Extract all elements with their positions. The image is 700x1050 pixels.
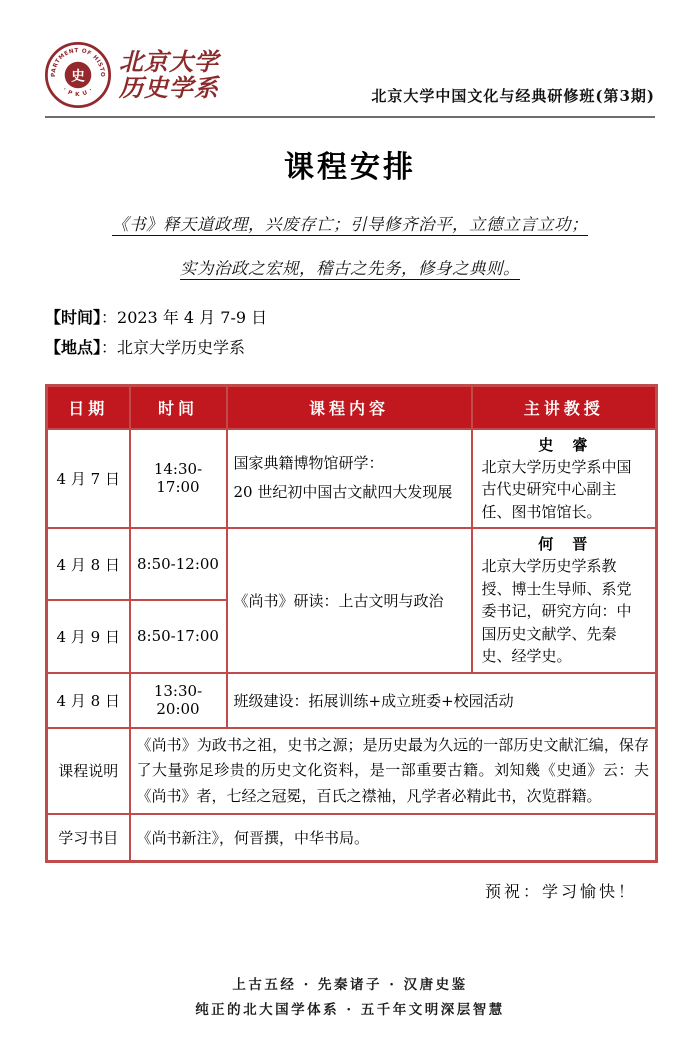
col-header-date: 日期 [47, 386, 130, 429]
letterhead: 史 DEPARTMENT OF HISTORY · P K U · 北京大学 历… [45, 42, 655, 118]
col-header-content: 课程内容 [227, 386, 472, 429]
course-schedule-document: { "colors": { "header_red": "#c0181e", "… [0, 0, 700, 1050]
row3-time: 8:50-17:00 [130, 600, 227, 672]
table-row: 4 月 8 日 13:30-20:00 班级建设：拓展训练+成立班委+校园活动 [47, 673, 657, 728]
table-row: 课程说明 《尚书》为政书之祖，史书之源；是历史最为久远的一部历史文献汇编，保存了… [47, 728, 657, 815]
row1-time: 14:30-17:00 [130, 429, 227, 529]
table-row: 学习书目 《尚书新注》，何晋撰，中华书局。 [47, 814, 657, 861]
program-title: 北京大学中国文化与经典研修班(第3期) [371, 85, 655, 108]
row1-content: 国家典籍博物馆研学： 20 世纪初中国古文献四大发现展 [227, 429, 472, 529]
meta-place-label: 【地点】 [45, 338, 101, 357]
row2-date: 4 月 8 日 [47, 528, 130, 600]
row6-label: 学习书目 [47, 814, 130, 861]
table-row: 4 月 7 日 14:30-17:00 国家典籍博物馆研学： 20 世纪初中国古… [47, 429, 657, 529]
document-title: 课程安排 [45, 142, 655, 186]
col-header-time: 时间 [130, 386, 227, 429]
row1-content-line2: 20 世纪初中国古文献四大发现展 [234, 478, 465, 507]
meta-place-value: ：北京大学历史学系 [101, 338, 245, 357]
meta-time: 【时间】：2023 年 4 月 7-9 日 [45, 303, 655, 333]
course-description: 《尚书》为政书之祖，史书之源；是历史最为久远的一部历史文献汇编，保存了大量弥足珍… [130, 728, 657, 815]
row5-label: 课程说明 [47, 728, 130, 815]
row4-content: 班级建设：拓展训练+成立班委+校园活动 [227, 673, 657, 728]
meta-info: 【时间】：2023 年 4 月 7-9 日 【地点】：北京大学历史学系 [45, 303, 655, 363]
col-header-professor: 主讲教授 [472, 386, 657, 429]
svg-text:· P K U ·: · P K U · [61, 87, 94, 98]
pku-history-seal-icon: 史 DEPARTMENT OF HISTORY · P K U · [45, 42, 111, 108]
department-name-line2: 历史学系 [119, 75, 219, 101]
row1-content-line1: 国家典籍博物馆研学： [234, 449, 465, 478]
quote-line-2: 实为治政之宏规，稽古之先务，修身之典则。 [45, 255, 655, 279]
row4-date: 4 月 8 日 [47, 673, 130, 728]
row1-date: 4 月 7 日 [47, 429, 130, 529]
department-name: 北京大学 历史学系 [119, 49, 219, 101]
row2-time: 8:50-12:00 [130, 528, 227, 600]
row4-time: 13:30-20:00 [130, 673, 227, 728]
page: 史 DEPARTMENT OF HISTORY · P K U · 北京大学 历… [0, 0, 700, 902]
reading-list: 《尚书新注》，何晋撰，中华书局。 [130, 814, 657, 861]
closing-wish: 预祝：学习愉快！ [45, 879, 655, 902]
quote-line-1: 《书》释天道政理，兴废存亡；引导修齐治平，立德立言立功； [45, 211, 655, 235]
row2-content: 《尚书》研读：上古文明与政治 [227, 528, 472, 673]
footer-slogan-line2: 纯正的北大国学体系 · 五千年文明深层智慧 [0, 998, 700, 1024]
meta-time-label: 【时间】 [45, 308, 101, 327]
schedule-table: 日期 时间 课程内容 主讲教授 4 月 7 日 14:30-17:00 国家典籍… [45, 384, 658, 863]
professor-name: 何 晋 [479, 533, 650, 554]
table-row: 4 月 8 日 8:50-12:00 《尚书》研读：上古文明与政治 何 晋 北京… [47, 528, 657, 600]
department-name-line1: 北京大学 [119, 49, 219, 75]
professor-name: 史 睿 [479, 434, 650, 455]
meta-time-value: ：2023 年 4 月 7-9 日 [101, 308, 267, 327]
department-brand: 史 DEPARTMENT OF HISTORY · P K U · 北京大学 历… [45, 42, 219, 108]
page-footer: 上古五经 · 先秦诸子 · 汉唐史鉴 纯正的北大国学体系 · 五千年文明深层智慧 [0, 973, 700, 1024]
meta-place: 【地点】：北京大学历史学系 [45, 333, 655, 363]
footer-slogan-line1: 上古五经 · 先秦诸子 · 汉唐史鉴 [0, 973, 700, 999]
row1-professor: 史 睿 北京大学历史学系中国古代史研究中心副主任、图书馆馆长。 [472, 429, 657, 529]
row3-date: 4 月 9 日 [47, 600, 130, 672]
row2-professor: 何 晋 北京大学历史学系教授、博士生导师、系党委书记，研究方向：中国历史文献学、… [472, 528, 657, 673]
professor-bio: 北京大学历史学系教授、博士生导师、系党委书记，研究方向：中国历史文献学、先秦史、… [479, 555, 650, 668]
seal-ring-text-bottom: · P K U · [61, 87, 94, 98]
seal-center-glyph: 史 [71, 69, 85, 85]
table-header-row: 日期 时间 课程内容 主讲教授 [47, 386, 657, 429]
professor-bio: 北京大学历史学系中国古代史研究中心副主任、图书馆馆长。 [479, 456, 650, 524]
